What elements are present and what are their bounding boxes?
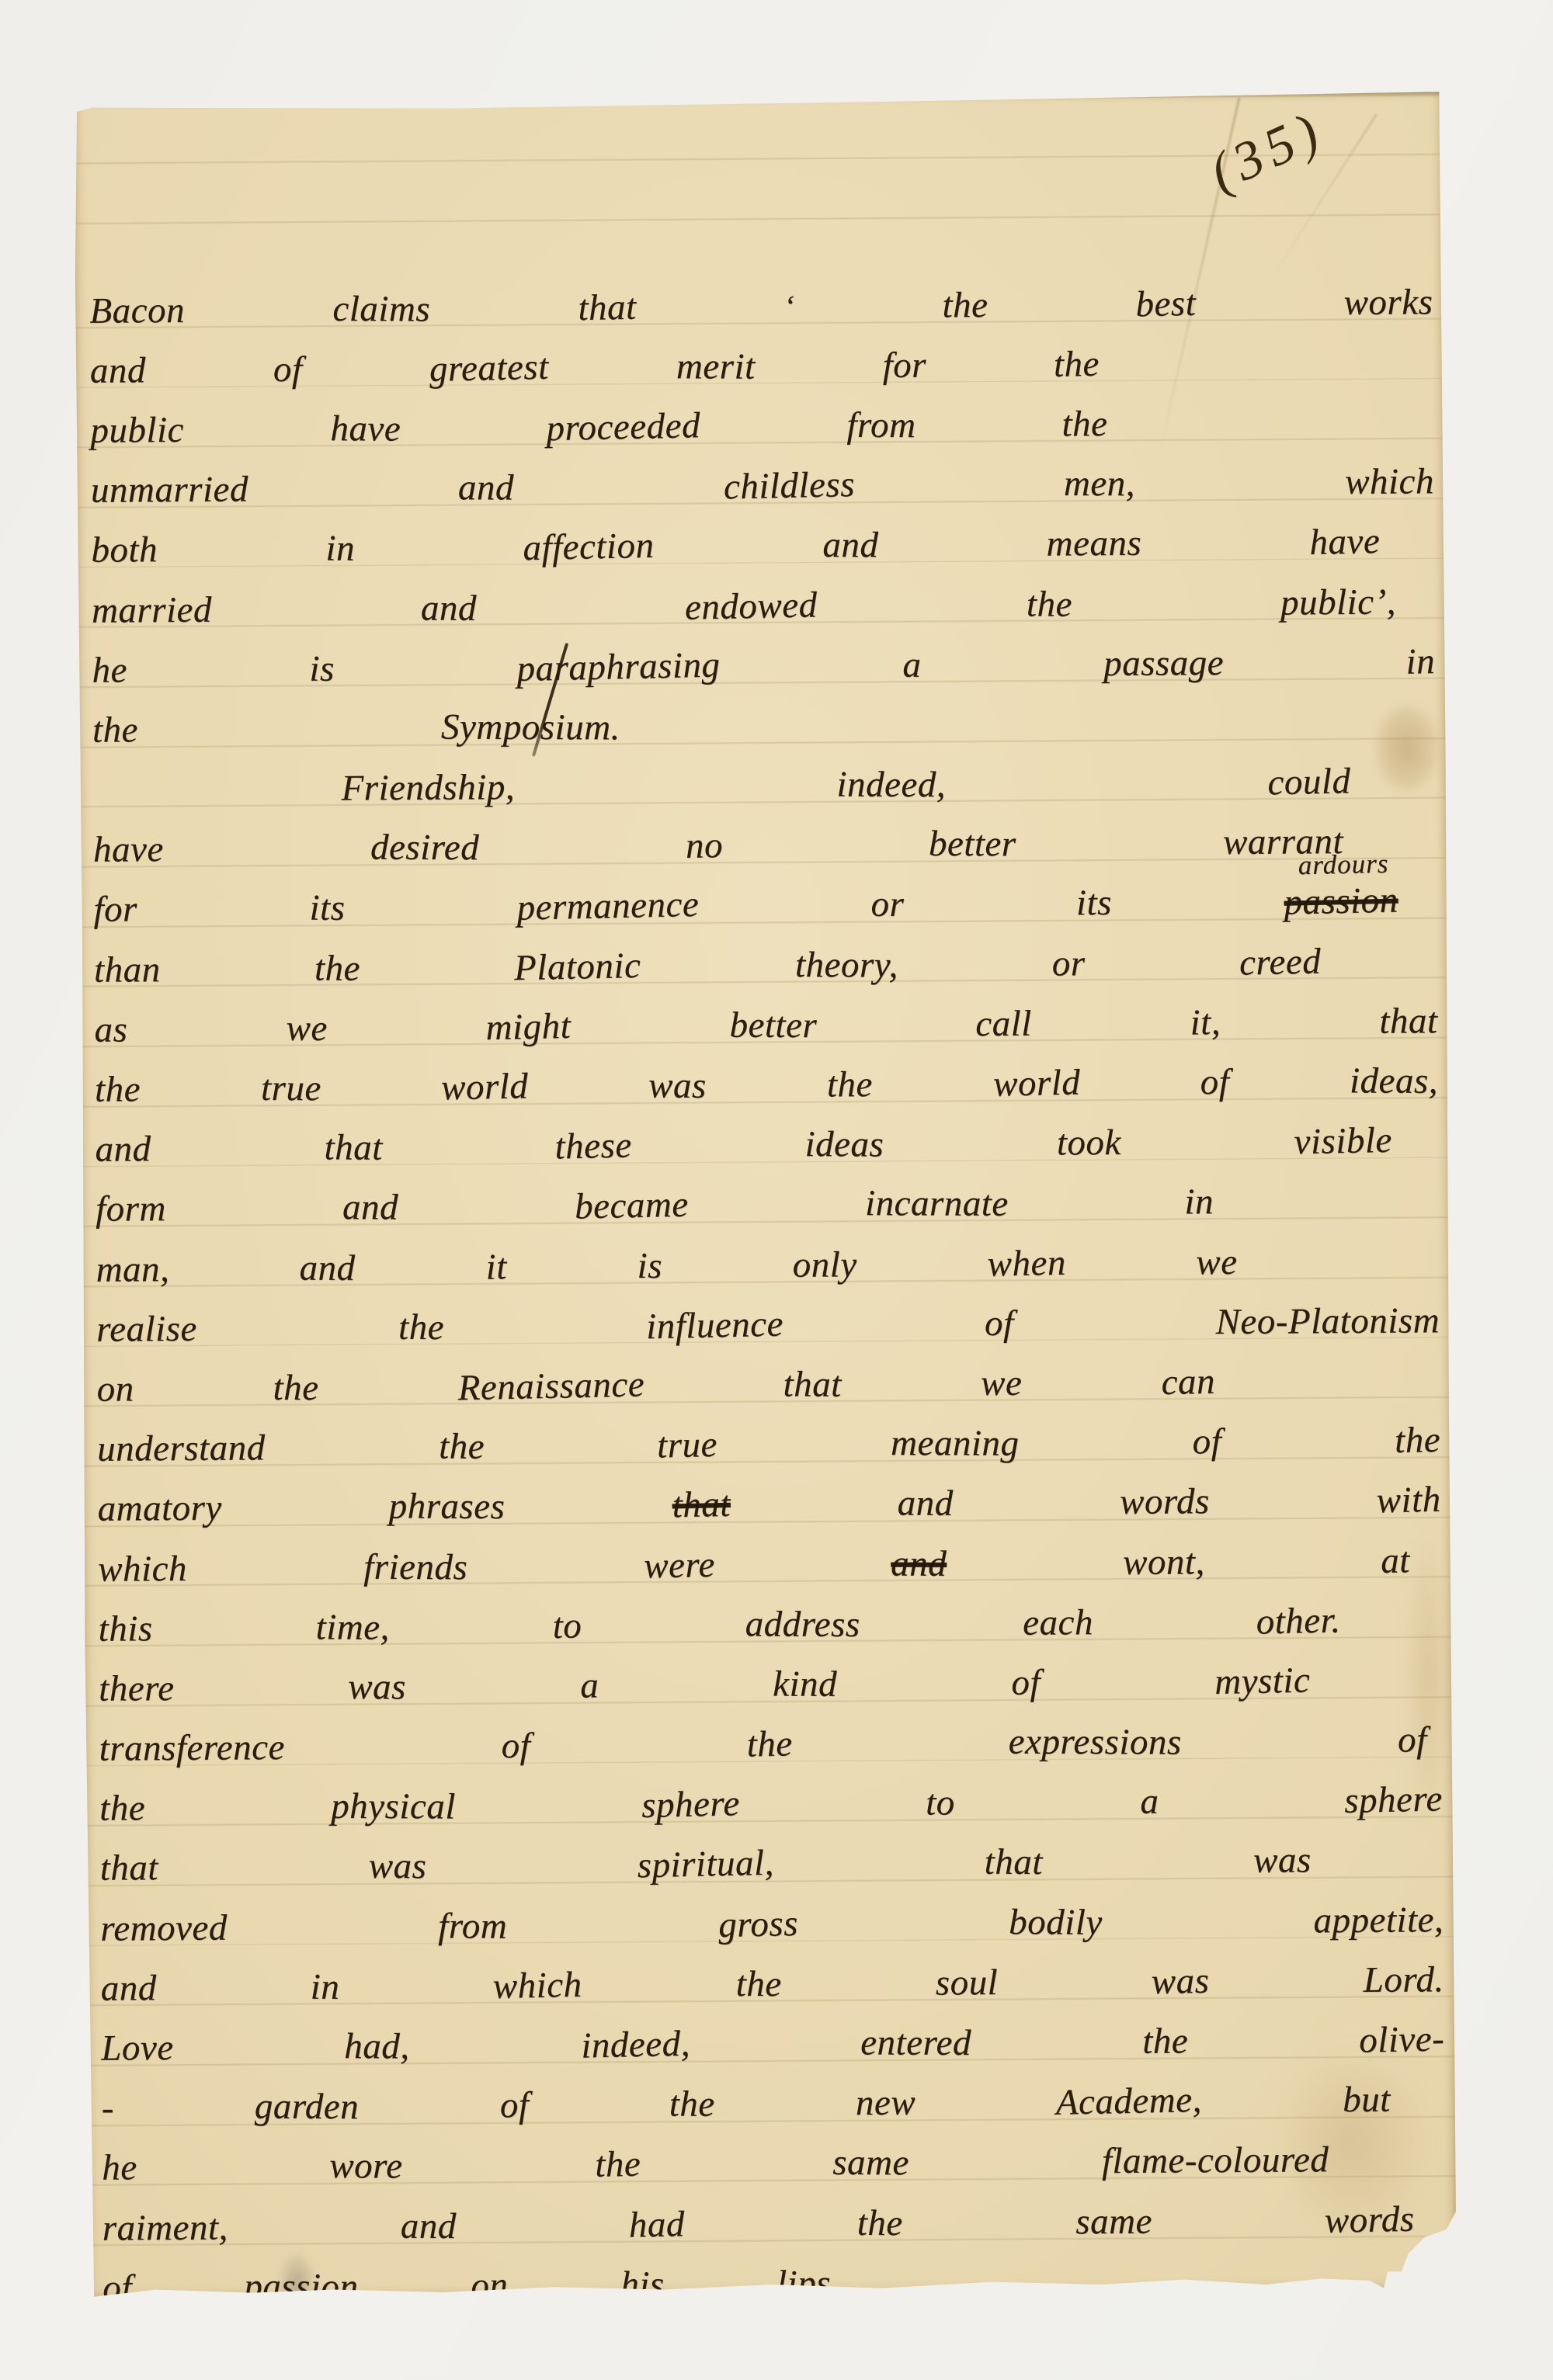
manuscript-line: marriedandendowedthepublic’, [92, 572, 1396, 640]
manuscript-word: permanence [516, 883, 700, 929]
manuscript-word: that [783, 1363, 842, 1405]
manuscript-word: only [793, 1244, 857, 1286]
manuscript-word: wont, [1123, 1541, 1205, 1584]
manuscript-word: understand [97, 1427, 266, 1469]
manuscript-word: passage [1103, 642, 1224, 685]
page-number-annotation: (35) [1200, 99, 1334, 205]
manuscript-line: publichaveproceededfromthe [90, 394, 1107, 460]
manuscript-word: the [857, 2202, 903, 2244]
manuscript-word: visible [1294, 1119, 1392, 1164]
manuscript-word: had [629, 2203, 686, 2246]
manuscript-word: which [493, 1964, 583, 2007]
manuscript-line: -gardenofthenewAcademe,but [102, 2069, 1391, 2138]
manuscript-word: the [1053, 342, 1100, 385]
manuscript-word: meaning [891, 1422, 1020, 1465]
manuscript-word: and [458, 467, 514, 508]
manuscript-word: we [286, 1008, 327, 1049]
manuscript-word: and [897, 1483, 953, 1525]
manuscript-word: expressions [1009, 1721, 1182, 1764]
manuscript-word: greatest [429, 346, 550, 390]
scan-background: { "page": { "number_annotation": "(35)",… [0, 0, 1553, 2380]
manuscript-word: became [575, 1184, 690, 1228]
manuscript-word: no [685, 824, 723, 867]
manuscript-word: and [101, 1967, 157, 2009]
manuscript-line: theSymposium. [92, 697, 620, 761]
manuscript-word: sphere [1344, 1778, 1444, 1823]
manuscript-word: in [325, 528, 355, 570]
manuscript-line: Baconclaimsthat‘thebestworks [89, 272, 1433, 341]
manuscript-word: his [620, 2264, 665, 2305]
manuscript-line: man,anditisonlywhenwe [96, 1232, 1237, 1299]
manuscript-word: with [1376, 1479, 1441, 1522]
manuscript-word: a [902, 644, 921, 685]
manuscript-word: that [1379, 1000, 1437, 1042]
manuscript-line: unmarriedandchildlessmen,which [91, 452, 1434, 521]
manuscript-word: man, [96, 1248, 169, 1291]
manuscript-word: world [992, 1062, 1080, 1105]
manuscript-word: was [648, 1065, 707, 1107]
manuscript-word: was [369, 1845, 427, 1887]
manuscript-word: it [485, 1246, 507, 1289]
manuscript-word: the [1142, 2020, 1188, 2062]
manuscript-word: of [1200, 1061, 1229, 1103]
manuscript-page: (35) Baconclaimsthat‘thebestworksandofgr… [73, 92, 1458, 2302]
manuscript-word: mystic [1214, 1659, 1311, 1703]
manuscript-word: incarnate [865, 1183, 1009, 1226]
manuscript-word: the [273, 1367, 318, 1409]
manuscript-line: ontheRenaissancethatwecan [96, 1352, 1214, 1420]
manuscript-word: at [1381, 1539, 1411, 1582]
manuscript-word: it, [1190, 1001, 1221, 1044]
manuscript-line: Friendship,indeed,could [341, 751, 1350, 818]
manuscript-word: phrases [389, 1486, 506, 1528]
manuscript-word: the [1061, 403, 1107, 445]
manuscript-word: other. [1256, 1599, 1341, 1643]
manuscript-line: understandthetruemeaningofthe [97, 1410, 1440, 1480]
manuscript-word: entered [860, 2021, 971, 2064]
manuscript-word: - [102, 2087, 115, 2129]
manuscript-word: a [580, 1664, 599, 1706]
manuscript-word: ideas [804, 1123, 884, 1165]
manuscript-word: had, [345, 2025, 410, 2067]
manuscript-word: Lord. [1364, 1958, 1444, 2001]
manuscript-word: have [93, 828, 164, 871]
manuscript-line: therewasakindofmystic [99, 1651, 1310, 1719]
manuscript-line: havedesirednobetterwarrant [93, 812, 1343, 880]
manuscript-word: when [987, 1241, 1066, 1285]
manuscript-line: raiment,andhadthesamewords [102, 2189, 1415, 2257]
manuscript-line: transferenceoftheexpressionsof [99, 1710, 1426, 1779]
manuscript-word: is [309, 647, 335, 689]
manuscript-word: of [499, 2084, 530, 2127]
manuscript-word: lips. [776, 2262, 841, 2305]
manuscript-word: and [300, 1247, 356, 1289]
manuscript-line: thephysicalspheretoasphere [99, 1770, 1443, 1839]
manuscript-line: thistime,toaddresseachother. [98, 1591, 1340, 1659]
manuscript-word: of [1192, 1421, 1221, 1462]
manuscript-word: that [985, 1841, 1043, 1883]
manuscript-word: amatory [97, 1487, 222, 1530]
manuscript-word: soul [936, 1962, 999, 2004]
manuscript-word: Academe, [1056, 2079, 1203, 2124]
manuscript-word: the [827, 1063, 873, 1105]
manuscript-word: and [342, 1187, 398, 1229]
manuscript-word: in [311, 1966, 340, 2008]
manuscript-word: public [90, 409, 184, 452]
manuscript-line: thatwasspiritual,thatwas [99, 1830, 1311, 1899]
manuscript-word: men, [1064, 463, 1135, 505]
manuscript-word: Neo-Platonism [1215, 1299, 1440, 1343]
manuscript-word: there [99, 1667, 175, 1710]
manuscript-word: Renaissance [457, 1363, 644, 1409]
manuscript-word: best [1135, 282, 1197, 325]
manuscript-word: spiritual, [637, 1842, 774, 1887]
manuscript-word: took [1057, 1122, 1121, 1164]
manuscript-word: Platonic [514, 945, 641, 989]
manuscript-word: both [91, 529, 158, 572]
manuscript-word: words [1120, 1481, 1210, 1524]
manuscript-word: means [1046, 522, 1141, 565]
manuscript-word: kind [773, 1663, 837, 1705]
manuscript-line: Lovehad,indeed,enteredtheolive- [101, 2010, 1444, 2079]
manuscript-word: we [1196, 1241, 1238, 1283]
manuscript-word: works [1343, 281, 1433, 324]
manuscript-word: its [1076, 883, 1112, 925]
manuscript-word: to [926, 1782, 955, 1824]
manuscript-line: andinwhichthesoulwasLord. [100, 1949, 1444, 2018]
manuscript-word: childless [723, 463, 855, 508]
manuscript-word: creed [1239, 940, 1321, 984]
manuscript-word: can [1161, 1361, 1215, 1403]
manuscript-word: appetite, [1313, 1899, 1444, 1941]
manuscript-word: of [1398, 1719, 1427, 1761]
manuscript-word: but [1343, 2079, 1391, 2121]
manuscript-line: whichfriendswereandwont,at [98, 1530, 1410, 1598]
manuscript-line: heisparaphrasingapassagein [92, 631, 1435, 700]
manuscript-word: was [1253, 1840, 1312, 1882]
manuscript-word: desired [370, 827, 479, 869]
manuscript-word: Friendship, [341, 766, 515, 809]
manuscript-word: transference [99, 1726, 286, 1770]
inserted-word-above: ardours [1278, 848, 1409, 882]
manuscript-line: thetrueworldwastheworldofideas, [95, 1051, 1438, 1120]
manuscript-word: as [94, 1008, 127, 1050]
manuscript-word: Love [101, 2027, 174, 2069]
manuscript-word: that [578, 286, 637, 329]
manuscript-word: form [96, 1188, 166, 1231]
manuscript-word: removed [100, 1906, 228, 1949]
manuscript-word: the [1395, 1419, 1441, 1462]
manuscript-word: public’, [1280, 581, 1396, 623]
manuscript-word: merit [676, 345, 756, 387]
manuscript-word: the [92, 709, 138, 751]
manuscript-word: to [552, 1605, 582, 1647]
struck-word: that [672, 1483, 731, 1527]
manuscript-line: thanthePlatonictheory,orcreed [94, 932, 1321, 1000]
manuscript-line: realisetheinfluenceofNeo-Platonism [96, 1290, 1440, 1359]
manuscript-word: the [595, 2143, 641, 2186]
manuscript-word: call [975, 1003, 1032, 1045]
manuscript-word: have [1309, 520, 1381, 564]
manuscript-word: this [98, 1608, 152, 1650]
manuscript-word: new [856, 2082, 916, 2125]
manuscript-word: and [95, 1128, 151, 1170]
manuscript-word: that [324, 1127, 382, 1169]
manuscript-word: the [736, 1963, 782, 2005]
manuscript-word: world [441, 1065, 529, 1108]
manuscript-word: and [420, 587, 476, 629]
manuscript-word: ideas, [1350, 1060, 1438, 1102]
manuscript-word: true [261, 1067, 321, 1109]
manuscript-word: raiment, [102, 2206, 228, 2249]
manuscript-word: the [95, 1068, 141, 1110]
manuscript-word: or [871, 883, 905, 925]
manuscript-word: the [439, 1426, 485, 1468]
manuscript-word: flame-coloured [1102, 2139, 1329, 2183]
manuscript-word: words [1324, 2198, 1415, 2241]
manuscript-word: Symposium. [441, 706, 620, 748]
manuscript-word: was [348, 1666, 406, 1708]
manuscript-word: indeed, [580, 2023, 690, 2067]
manuscript-word: friends [363, 1546, 467, 1588]
manuscript-word: could [1267, 760, 1351, 803]
manuscript-word: gross [718, 1903, 799, 1946]
manuscript-word: was [1152, 1960, 1211, 2004]
manuscript-word: on [96, 1368, 134, 1410]
manuscript-word: influence [645, 1303, 783, 1348]
manuscript-word: affection [523, 525, 655, 569]
manuscript-word: the [942, 284, 988, 326]
manuscript-word: bodily [1009, 1901, 1103, 1943]
manuscript-line: foritspermanenceoritspassionardours [93, 871, 1398, 939]
manuscript-word: realise [96, 1308, 197, 1351]
manuscript-word: and [822, 524, 878, 566]
manuscript-word: than [94, 949, 161, 991]
manuscript-word: for [882, 344, 926, 386]
manuscript-word: were [643, 1543, 715, 1587]
manuscript-word: the [1026, 583, 1072, 625]
manuscript-word: its [309, 887, 345, 929]
manuscript-word: is [638, 1245, 663, 1287]
manuscript-word: endowed [685, 584, 818, 629]
manuscript-word: each [1023, 1601, 1093, 1644]
manuscript-word: of [273, 349, 303, 390]
manuscript-line: aswemightbettercallit,that [94, 991, 1437, 1060]
manuscript-word: address [745, 1603, 860, 1646]
manuscript-word: from [846, 404, 915, 446]
manuscript-word: wore [329, 2146, 402, 2187]
manuscript-word: sphere [641, 1783, 740, 1827]
manuscript-line: amatoryphrasesthatandwordswith [97, 1470, 1440, 1539]
struck-word: passionardours [1284, 879, 1398, 924]
manuscript-line: andofgreatestmeritforthe [90, 334, 1100, 401]
manuscript-word: which [1345, 460, 1434, 503]
manuscript-word: better [929, 823, 1016, 865]
manuscript-word: and [90, 349, 146, 391]
manuscript-word: theory, [795, 944, 898, 987]
manuscript-word: indeed, [836, 764, 946, 807]
manuscript-word: the [99, 1788, 145, 1830]
manuscript-word: unmarried [91, 469, 248, 512]
manuscript-word: the [746, 1723, 793, 1765]
manuscript-line: bothinaffectionandmeanshave [91, 512, 1380, 580]
manuscript-word: claims [332, 288, 430, 330]
manuscript-word: for [93, 889, 137, 931]
manuscript-line: formandbecameincarnatein [96, 1172, 1214, 1240]
manuscript-line: ofpassiononhislips. [102, 2253, 840, 2318]
manuscript-word: physical [331, 1785, 456, 1828]
manuscript-word: of [102, 2267, 132, 2309]
manuscript-word: ‘ [783, 288, 794, 324]
manuscript-word: of [1011, 1662, 1041, 1704]
manuscript-word: the [669, 2083, 715, 2125]
manuscript-word: which [98, 1547, 187, 1590]
manuscript-word: married [92, 588, 212, 631]
manuscript-word: time, [315, 1606, 389, 1648]
manuscript-word: have [330, 408, 401, 449]
manuscript-word: the [398, 1306, 444, 1348]
manuscript-word: same [1075, 2200, 1152, 2243]
manuscript-word: a [1140, 1781, 1159, 1823]
manuscript-line: andthattheseideastookvisible [95, 1111, 1391, 1179]
manuscript-word: passion [244, 2265, 358, 2308]
manuscript-word: these [554, 1125, 632, 1168]
manuscript-word: of [985, 1303, 1014, 1344]
manuscript-word: olive- [1359, 2017, 1445, 2061]
manuscript-word: paraphrasing [516, 644, 721, 689]
manuscript-word: true [657, 1424, 718, 1467]
manuscript-word: he [102, 2147, 137, 2189]
manuscript-word: garden [255, 2086, 360, 2128]
manuscript-word: that [100, 1847, 158, 1889]
struck-word: and [891, 1542, 947, 1584]
manuscript-word: on [471, 2264, 509, 2307]
manuscript-word: we [981, 1362, 1023, 1404]
manuscript-word: or [1052, 942, 1086, 984]
manuscript-word: might [485, 1005, 572, 1049]
manuscript-line: heworethesameflame-coloured [102, 2130, 1329, 2198]
manuscript-word: the [314, 947, 360, 989]
manuscript-word: same [833, 2142, 910, 2184]
manuscript-word: in [1184, 1181, 1214, 1223]
manuscript-word: Bacon [89, 290, 185, 332]
manuscript-lines: Baconclaimsthat‘thebestworksandofgreates… [89, 272, 1446, 2318]
manuscript-word: and [401, 2205, 457, 2246]
manuscript-word: from [438, 1905, 507, 1947]
manuscript-word: he [92, 649, 127, 691]
manuscript-word: better [729, 1004, 817, 1046]
manuscript-word: proceeded [546, 404, 701, 449]
manuscript-line: removedfromgrossbodilyappetite, [100, 1889, 1444, 1958]
manuscript-word: of [501, 1725, 530, 1767]
manuscript-word: in [1405, 640, 1436, 683]
